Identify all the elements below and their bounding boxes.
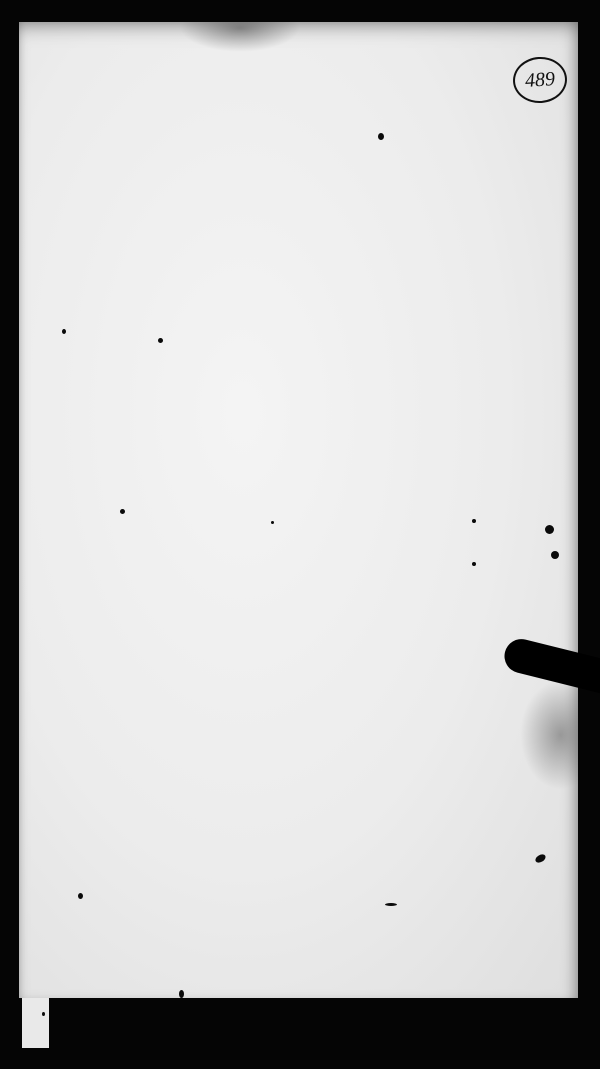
ink-speck xyxy=(158,338,163,343)
ink-speck xyxy=(472,519,476,523)
ink-speck xyxy=(179,990,184,998)
page-corner-tab xyxy=(22,998,49,1048)
ink-speck xyxy=(62,329,66,334)
top-edge-stain xyxy=(180,22,300,52)
folio-number-text: 489 xyxy=(524,67,556,92)
ink-speck xyxy=(378,133,384,140)
ink-speck xyxy=(78,893,83,899)
ink-speck xyxy=(545,525,554,534)
thumb-shadow xyxy=(520,680,578,790)
ink-speck xyxy=(120,509,125,514)
scanned-page xyxy=(19,22,578,998)
ink-speck xyxy=(472,562,476,566)
ink-speck xyxy=(271,521,274,524)
ink-speck xyxy=(42,1012,45,1016)
ink-speck xyxy=(551,551,559,559)
ink-speck xyxy=(385,903,397,906)
